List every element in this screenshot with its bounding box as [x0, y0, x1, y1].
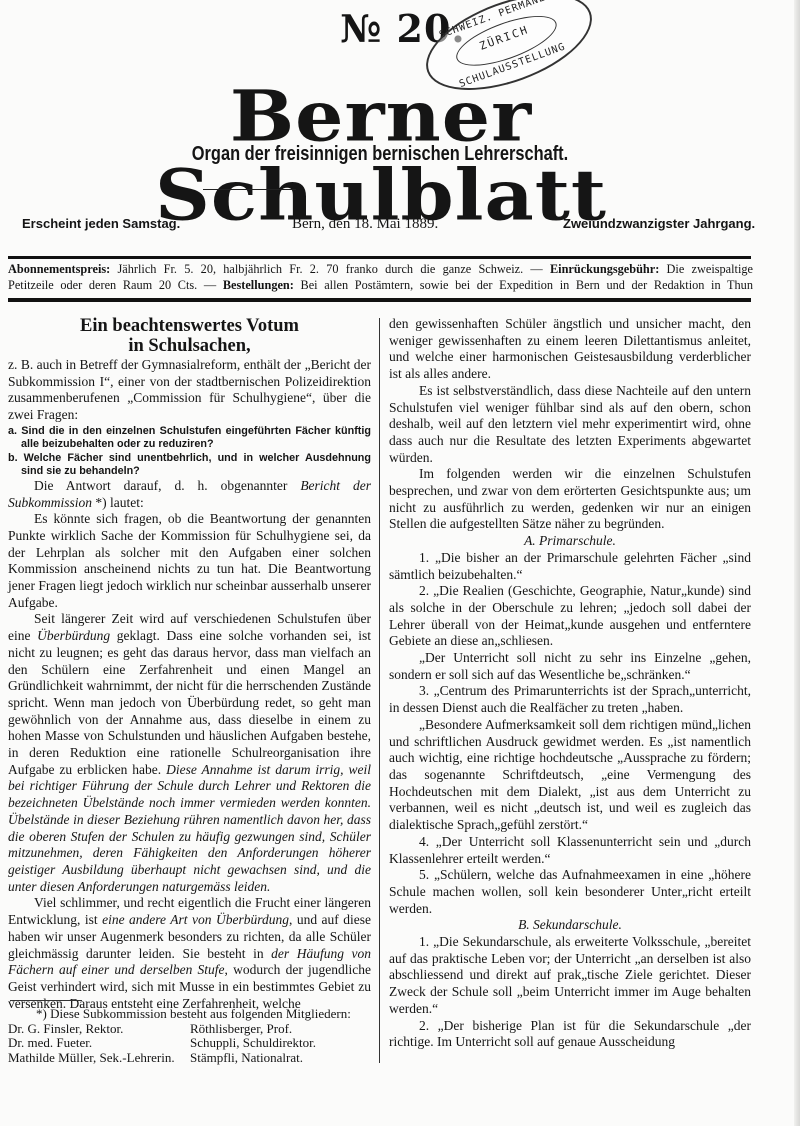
thesis-b1: 1. „Die Sekundarschule, als erweiterte V… [389, 934, 751, 1018]
decorative-rule [203, 189, 296, 190]
paragraph: Viel schlimmer, und recht eigentlich die… [8, 895, 371, 1012]
thesis-a2: 2. „Die Realien (Geschichte, Geographie,… [389, 583, 751, 650]
thesis-b2: 2. „Der bisherige Plan ist für die Sekun… [389, 1018, 751, 1051]
fee-label: Einrückungsgebühr: [550, 262, 659, 276]
footnote-rule [10, 1000, 82, 1001]
paragraph: Es ist selbstverständlich, dass diese Na… [389, 383, 751, 467]
thesis-a5: 5. „Schülern, welche das Aufnahmeexamen … [389, 867, 751, 917]
member-list: Dr. G. Finsler, Rektor. Röthlisberger, P… [8, 1022, 371, 1066]
member: Mathilde Müller, Sek.-Lehrerin. [8, 1051, 190, 1066]
orders-text: Bei allen Postämtern, sowie bei der Expe… [301, 278, 753, 292]
answer-intro-end: *) lautet: [92, 495, 144, 510]
emphasis: Überbürdung [37, 628, 110, 643]
member: Dr. G. Finsler, Rektor. [8, 1022, 190, 1037]
paragraph: Seit längerer Zeit wird auf verschiedene… [8, 611, 371, 895]
masthead-subtitle: Organ der freisinnigen bernischen Lehrer… [68, 143, 691, 166]
article-title-line-2: in Schulsachen, [8, 336, 371, 356]
subscription-line-2: Petitzeile oder deren Raum 20 Cts. — Bes… [8, 277, 753, 293]
volume-year: Zweiundzwanzigster Jahrgang. [563, 216, 755, 231]
member: Röthlisberger, Prof. [190, 1022, 371, 1037]
thesis-a2b: „Der Unterricht soll nicht zu sehr ins E… [389, 650, 751, 683]
header-rule-bottom [8, 298, 751, 302]
emphasis: eine andere Art von Über­bürdung [102, 912, 289, 927]
column-right: den gewissenhaften Schüler ängstlich und… [389, 316, 751, 1051]
answer-intro-text: Die Antwort darauf, d. h. obgenannter [34, 478, 300, 493]
member: Stämpfli, Nationalrat. [190, 1051, 371, 1066]
fee-text-2: Petitzeile oder deren Raum 20 Cts. — [8, 278, 216, 292]
paragraph: Im folgenden werden wir die einzelnen Sc… [389, 466, 751, 533]
section-heading-primarschule: A. Primarschule. [389, 533, 751, 550]
scan-edge-shadow [794, 0, 800, 1126]
section-heading-sekundarschule: B. Sekundarschule. [389, 917, 751, 934]
thesis-a4: 4. „Der Unterricht soll Klassenunterrich… [389, 834, 751, 867]
price-label: Abonnementspreis: [8, 262, 110, 276]
footnote-heading: *) Diese Subkommission besteht aus folge… [8, 1007, 371, 1022]
orders-label: Bestellungen: [223, 278, 294, 292]
member: Schuppli, Schuldirektor. [190, 1036, 371, 1051]
column-left: Ein beachtenswertes Votum in Schulsachen… [8, 316, 371, 1012]
column-divider [379, 318, 380, 1063]
dateline: Bern, den 18. Mai 1889. [292, 216, 438, 233]
paragraph: den gewissenhaften Schüler ängstlich und… [389, 316, 751, 383]
publication-frequency: Erscheint jeden Samstag. [22, 216, 180, 231]
fee-text: Die zweispaltige [667, 262, 753, 276]
subscription-line-1: Abonnementspreis: Jährlich Fr. 5. 20, ha… [8, 261, 753, 277]
article-title: Ein beachtenswertes Votum in Schulsachen… [8, 316, 371, 356]
article-intro: z. B. auch in Betreff der Gymnasialrefor… [8, 357, 371, 424]
paragraph: Es könnte sich fragen, ob die Beantwortu… [8, 511, 371, 611]
thesis-a1: 1. „Die bisher an der Primarschule geleh… [389, 550, 751, 583]
question-a: a. Sind die in den einzelnen Schulstufen… [8, 425, 371, 451]
answer-intro: Die Antwort darauf, d. h. obgenannter Be… [8, 478, 371, 511]
thesis-a3: 3. „Centrum des Primarunterrichts ist de… [389, 683, 751, 716]
price-text: Jährlich Fr. 5. 20, halbjährlich Fr. 2. … [118, 262, 543, 276]
member: Dr. med. Fueter. [8, 1036, 190, 1051]
text: geklagt. Dass eine solche vor­handen sei… [8, 628, 371, 777]
subscription-info: Abonnementspreis: Jährlich Fr. 5. 20, ha… [8, 261, 753, 293]
question-b: b. Welche Fächer sind unentbehrlich, und… [8, 452, 371, 478]
thesis-a3b: „Besondere Aufmerksamkeit soll dem richt… [389, 717, 751, 834]
emphasis: Diese Annahme ist darum irrig, weil bei … [8, 762, 371, 894]
footnote: *) Diese Subkommission besteht aus folge… [8, 1007, 371, 1065]
header-rule-top [8, 256, 751, 259]
article-title-line-1: Ein beachtenswertes Votum [8, 316, 371, 336]
